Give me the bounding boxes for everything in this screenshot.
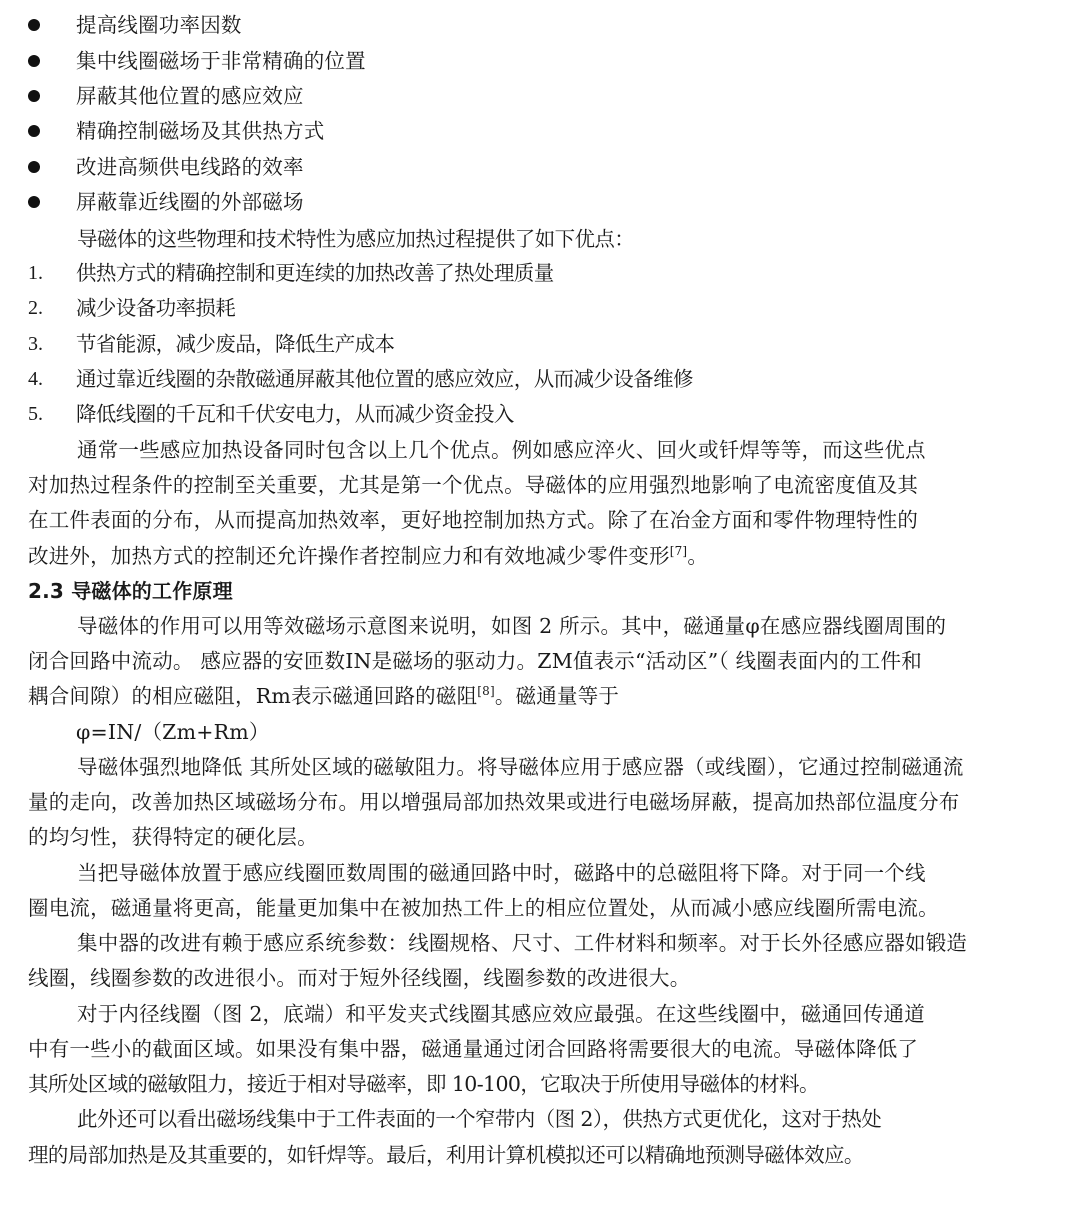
bullet-item: 改进高频供电线路的效率	[76, 153, 304, 181]
paragraph-line: 的均匀性，获得特定的硬化层。	[28, 823, 318, 851]
bullet-item: 屏蔽靠近线圈的外部磁场	[76, 188, 304, 216]
paragraph-end: 。磁通量等于	[495, 684, 619, 708]
paragraph-line: 其所处区域的磁敏阻力，接近于相对导磁率，即 10-100，它取决于所使用导磁体的…	[28, 1070, 819, 1098]
paragraph-line: 中有一些小的截面区域。如果没有集中器，磁通量通过闭合回路将需要很大的电流。导磁体…	[28, 1035, 918, 1063]
bullet-icon	[28, 125, 40, 137]
paragraph-line: 线圈，线圈参数的改进很小。而对于短外径线圈，线圈参数的改进很大。	[28, 964, 690, 992]
section-heading: 2.3 导磁体的工作原理	[28, 577, 233, 605]
paragraph-line: 集中器的改进有赖于感应系统参数：线圈规格、尺寸、工件材料和频率。对于长外径感应器…	[77, 929, 967, 957]
paragraph-line: 理的局部加热是及其重要的，如钎焊等。最后，利用计算机模拟还可以精确地预测导磁体效…	[28, 1141, 864, 1169]
bullet-item: 集中线圈磁场于非常精确的位置	[76, 47, 366, 75]
bullet-icon	[28, 161, 40, 173]
paragraph-line: 耦合间隙）的相应磁阻，Rm表示磁通回路的磁阻[8]。磁通量等于	[28, 682, 619, 710]
list-item: 降低线圈的千瓦和千伏安电力，从而减少资金投入	[76, 400, 514, 428]
paragraph-text: 改进外，加热方式的控制还允许操作者控制应力和有效地减少零件变形	[28, 544, 670, 568]
paragraph-line: 此外还可以看出磁场线集中于工件表面的一个窄带内（图 2），供热方式更优化，这对于…	[77, 1105, 881, 1133]
bullet-icon	[28, 196, 40, 208]
bullet-item: 屏蔽其他位置的感应效应	[76, 82, 304, 110]
paragraph-line: 圈电流，磁通量将更高，能量更加集中在被加热工件上的相应位置处，从而减小感应线圈所…	[28, 894, 939, 922]
bullet-icon	[28, 19, 40, 31]
paragraph-line: 导磁体的作用可以用等效磁场示意图来说明，如图 2 所示。其中，磁通量φ在感应器线…	[77, 612, 946, 640]
bullet-item: 精确控制磁场及其供热方式	[76, 117, 324, 145]
bullet-item: 提高线圈功率因数	[76, 11, 242, 39]
paragraph-line: 通常一些感应加热设备同时包含以上几个优点。例如感应淬火、回火或钎焊等等，而这些优…	[77, 436, 926, 464]
paragraph-text: 耦合间隙）的相应磁阻，Rm表示磁通回路的磁阻	[28, 684, 477, 708]
bullet-icon	[28, 90, 40, 102]
list-number: 1.	[28, 259, 43, 287]
document-page: 提高线圈功率因数 集中线圈磁场于非常精确的位置 屏蔽其他位置的感应效应 精确控制…	[0, 0, 1080, 1210]
bullet-icon	[28, 55, 40, 67]
list-item: 减少设备功率损耗	[76, 294, 235, 322]
list-item: 供热方式的精确控制和更连续的加热改善了热处理质量	[76, 259, 554, 287]
paragraph-line: 对于内径线圈（图 2，底端）和平发夹式线圈其感应效应最强。在这些线圈中，磁通回传…	[77, 1000, 925, 1028]
list-number: 5.	[28, 400, 43, 428]
list-number: 2.	[28, 294, 43, 322]
paragraph-end: 。	[687, 544, 708, 568]
advantages-intro: 导磁体的这些物理和技术特性为感应加热过程提供了如下优点：	[77, 225, 634, 253]
list-number: 4.	[28, 365, 43, 393]
citation-ref: [7]	[670, 544, 688, 558]
list-item: 节省能源，减少废品，降低生产成本	[76, 330, 394, 358]
paragraph-line: 量的走向，改善加热区域磁场分布。用以增强局部加热效果或进行电磁场屏蔽，提高加热部…	[28, 788, 960, 816]
paragraph-line: 改进外，加热方式的控制还允许操作者控制应力和有效地减少零件变形[7]。	[28, 542, 708, 570]
paragraph-line: 闭合回路中流动。 感应器的安匝数IN是磁场的驱动力。ZM值表示“活动区”（ 线圈…	[28, 647, 922, 675]
list-number: 3.	[28, 330, 43, 358]
paragraph-line: 在工件表面的分布，从而提高加热效率，更好地控制加热方式。除了在冶金方面和零件物理…	[28, 506, 918, 534]
paragraph-line: 当把导磁体放置于感应线圈匝数周围的磁通回路中时，磁路中的总磁阻将下降。对于同一个…	[77, 859, 926, 887]
paragraph-line: 对加热过程条件的控制至关重要，尤其是第一个优点。导磁体的应用强烈地影响了电流密度…	[28, 471, 918, 499]
citation-ref: [8]	[477, 684, 495, 698]
list-item: 通过靠近线圈的杂散磁通屏蔽其他位置的感应效应，从而减少设备维修	[76, 365, 693, 393]
formula: φ=IN/（Zm+Rm）	[76, 718, 270, 746]
paragraph-line: 导磁体强烈地降低 其所处区域的磁敏阻力。将导磁体应用于感应器（或线圈），它通过控…	[77, 753, 964, 781]
